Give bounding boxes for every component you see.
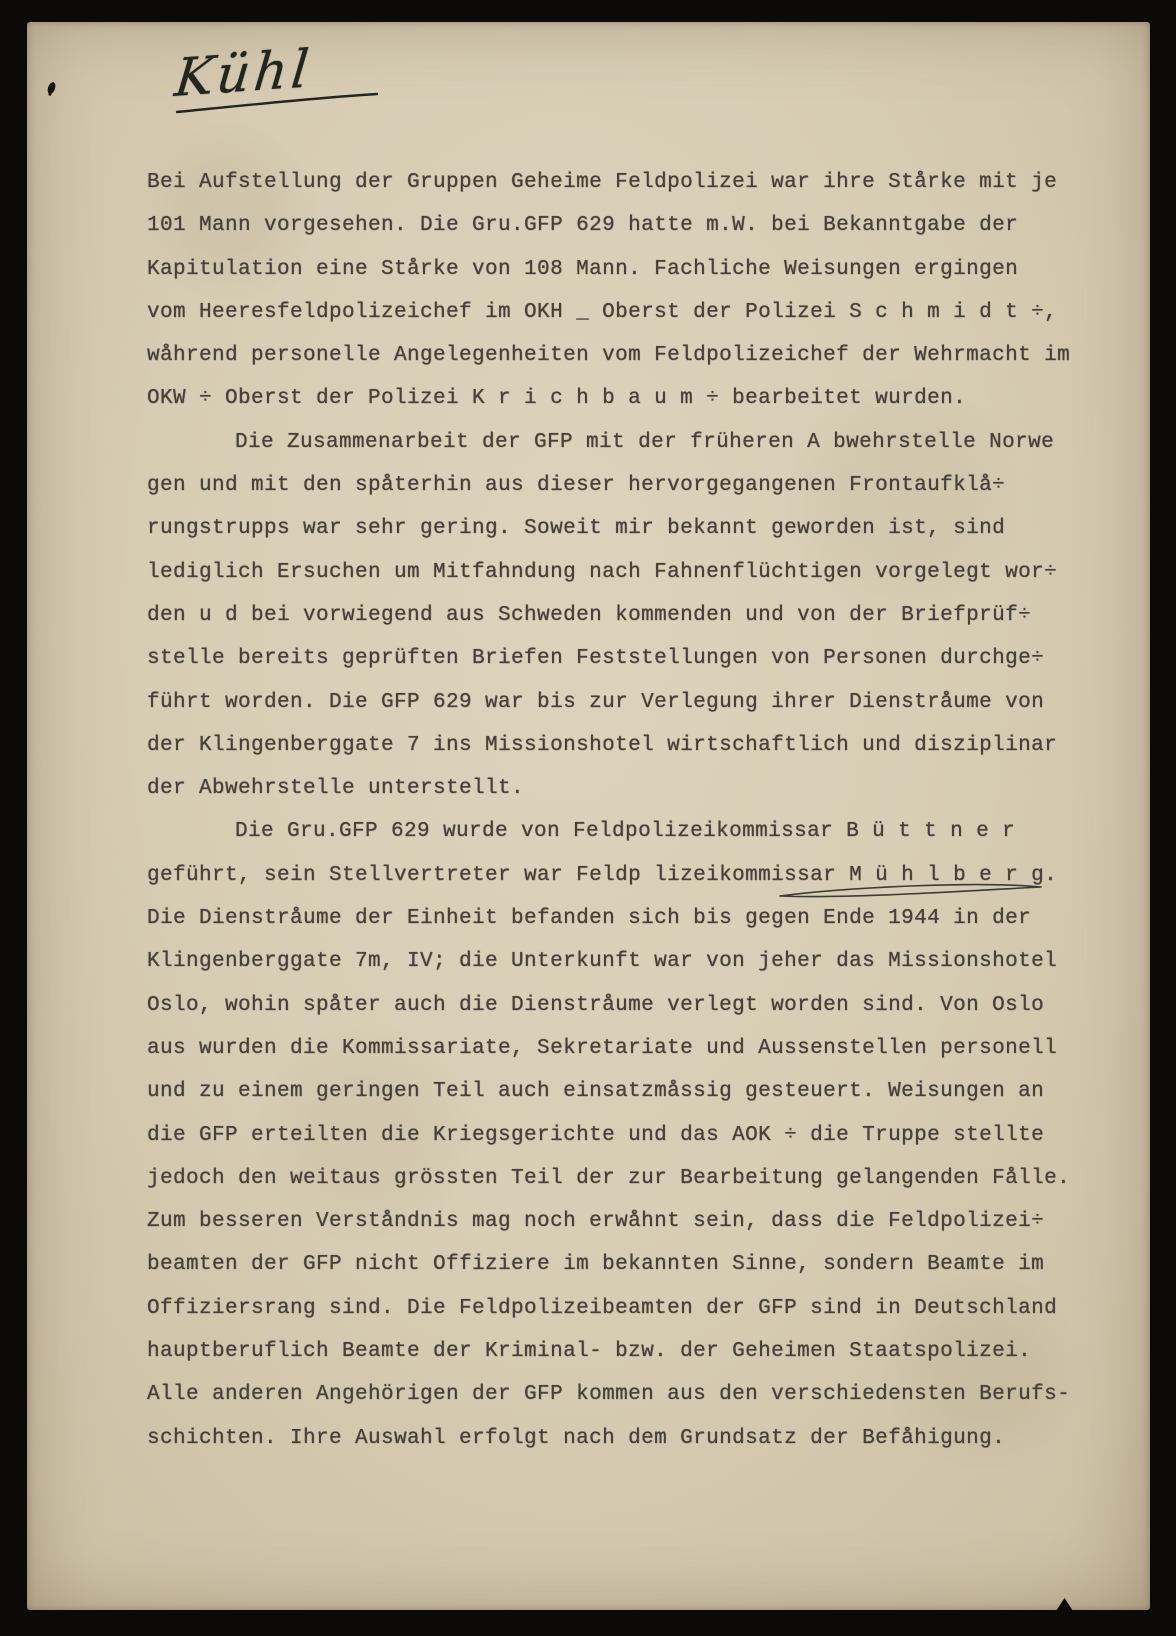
text-line: lediglich Ersuchen um Mitfahndung nach F…: [147, 551, 1107, 594]
text-line: Zum besseren Verståndnis mag noch erwåhn…: [147, 1200, 1107, 1243]
text-line: OKW ÷ Oberst der Polizei K r i c h b a u…: [147, 377, 1107, 420]
text-line: Die Gru.GFP 629 wurde von Feldpolizeikom…: [147, 810, 1107, 853]
text-line: Die Dienstråume der Einheit befanden sic…: [147, 897, 1107, 940]
scan-background: { "page": { "background_color": "#0b0a08…: [0, 0, 1176, 1636]
text-line: vom Heeresfeldpolizeichef im OKH _ Obers…: [147, 291, 1107, 334]
text-line: Alle anderen Angehörigen der GFP kommen …: [147, 1373, 1107, 1416]
text-line: jedoch den weitaus grössten Teil der zur…: [147, 1157, 1107, 1200]
text-line: geführt, sein Stellvertreter war Feldp l…: [147, 854, 1107, 897]
paper-sheet: Kühl Bei Aufstellung der Gruppen Geheime…: [27, 22, 1150, 1610]
text-line: wåhrend personelle Angelegenheiten vom F…: [147, 334, 1107, 377]
text-line: gen und mit den spåterhin aus dieser her…: [147, 464, 1107, 507]
text-line: und zu einem geringen Teil auch einsatzm…: [147, 1070, 1107, 1113]
text-line: der Abwehrstelle unterstellt.: [147, 767, 1107, 810]
text-line: 101 Mann vorgesehen. Die Gru.GFP 629 hat…: [147, 204, 1107, 247]
text-line: beamten der GFP nicht Offiziere im bekan…: [147, 1243, 1107, 1286]
text-line: der Klingenberggate 7 ins Missionshotel …: [147, 724, 1107, 767]
text-line: Bei Aufstellung der Gruppen Geheime Feld…: [147, 161, 1107, 204]
text-line: führt worden. Die GFP 629 war bis zur Ve…: [147, 681, 1107, 724]
typewritten-text: Bei Aufstellung der Gruppen Geheime Feld…: [147, 161, 1107, 1460]
text-line: den u d bei vorwiegend aus Schweden komm…: [147, 594, 1107, 637]
text-line: aus wurden die Kommissariate, Sekretaria…: [147, 1027, 1107, 1070]
text-line: stelle bereits geprüften Briefen Festste…: [147, 637, 1107, 680]
text-line: hauptberuflich Beamte der Kriminal- bzw.…: [147, 1330, 1107, 1373]
text-line: rungstrupps war sehr gering. Soweit mir …: [147, 507, 1107, 550]
text-line: die GFP erteilten die Kriegsgerichte und…: [147, 1114, 1107, 1157]
text-line: Klingenberggate 7m, IV; die Unterkunft w…: [147, 940, 1107, 983]
text-line: Die Zusammenarbeit der GFP mit der frühe…: [147, 421, 1107, 464]
text-line: Offiziersrang sind. Die Feldpolizeibeamt…: [147, 1287, 1107, 1330]
text-line: Kapitulation eine Stårke von 108 Mann. F…: [147, 248, 1107, 291]
text-line: schichten. Ihre Auswahl erfolgt nach dem…: [147, 1417, 1107, 1460]
ink-speck: [47, 81, 57, 94]
text-line: Oslo, wohin spåter auch die Dienstråume …: [147, 984, 1107, 1027]
handwritten-annotation: Kühl: [172, 39, 315, 109]
